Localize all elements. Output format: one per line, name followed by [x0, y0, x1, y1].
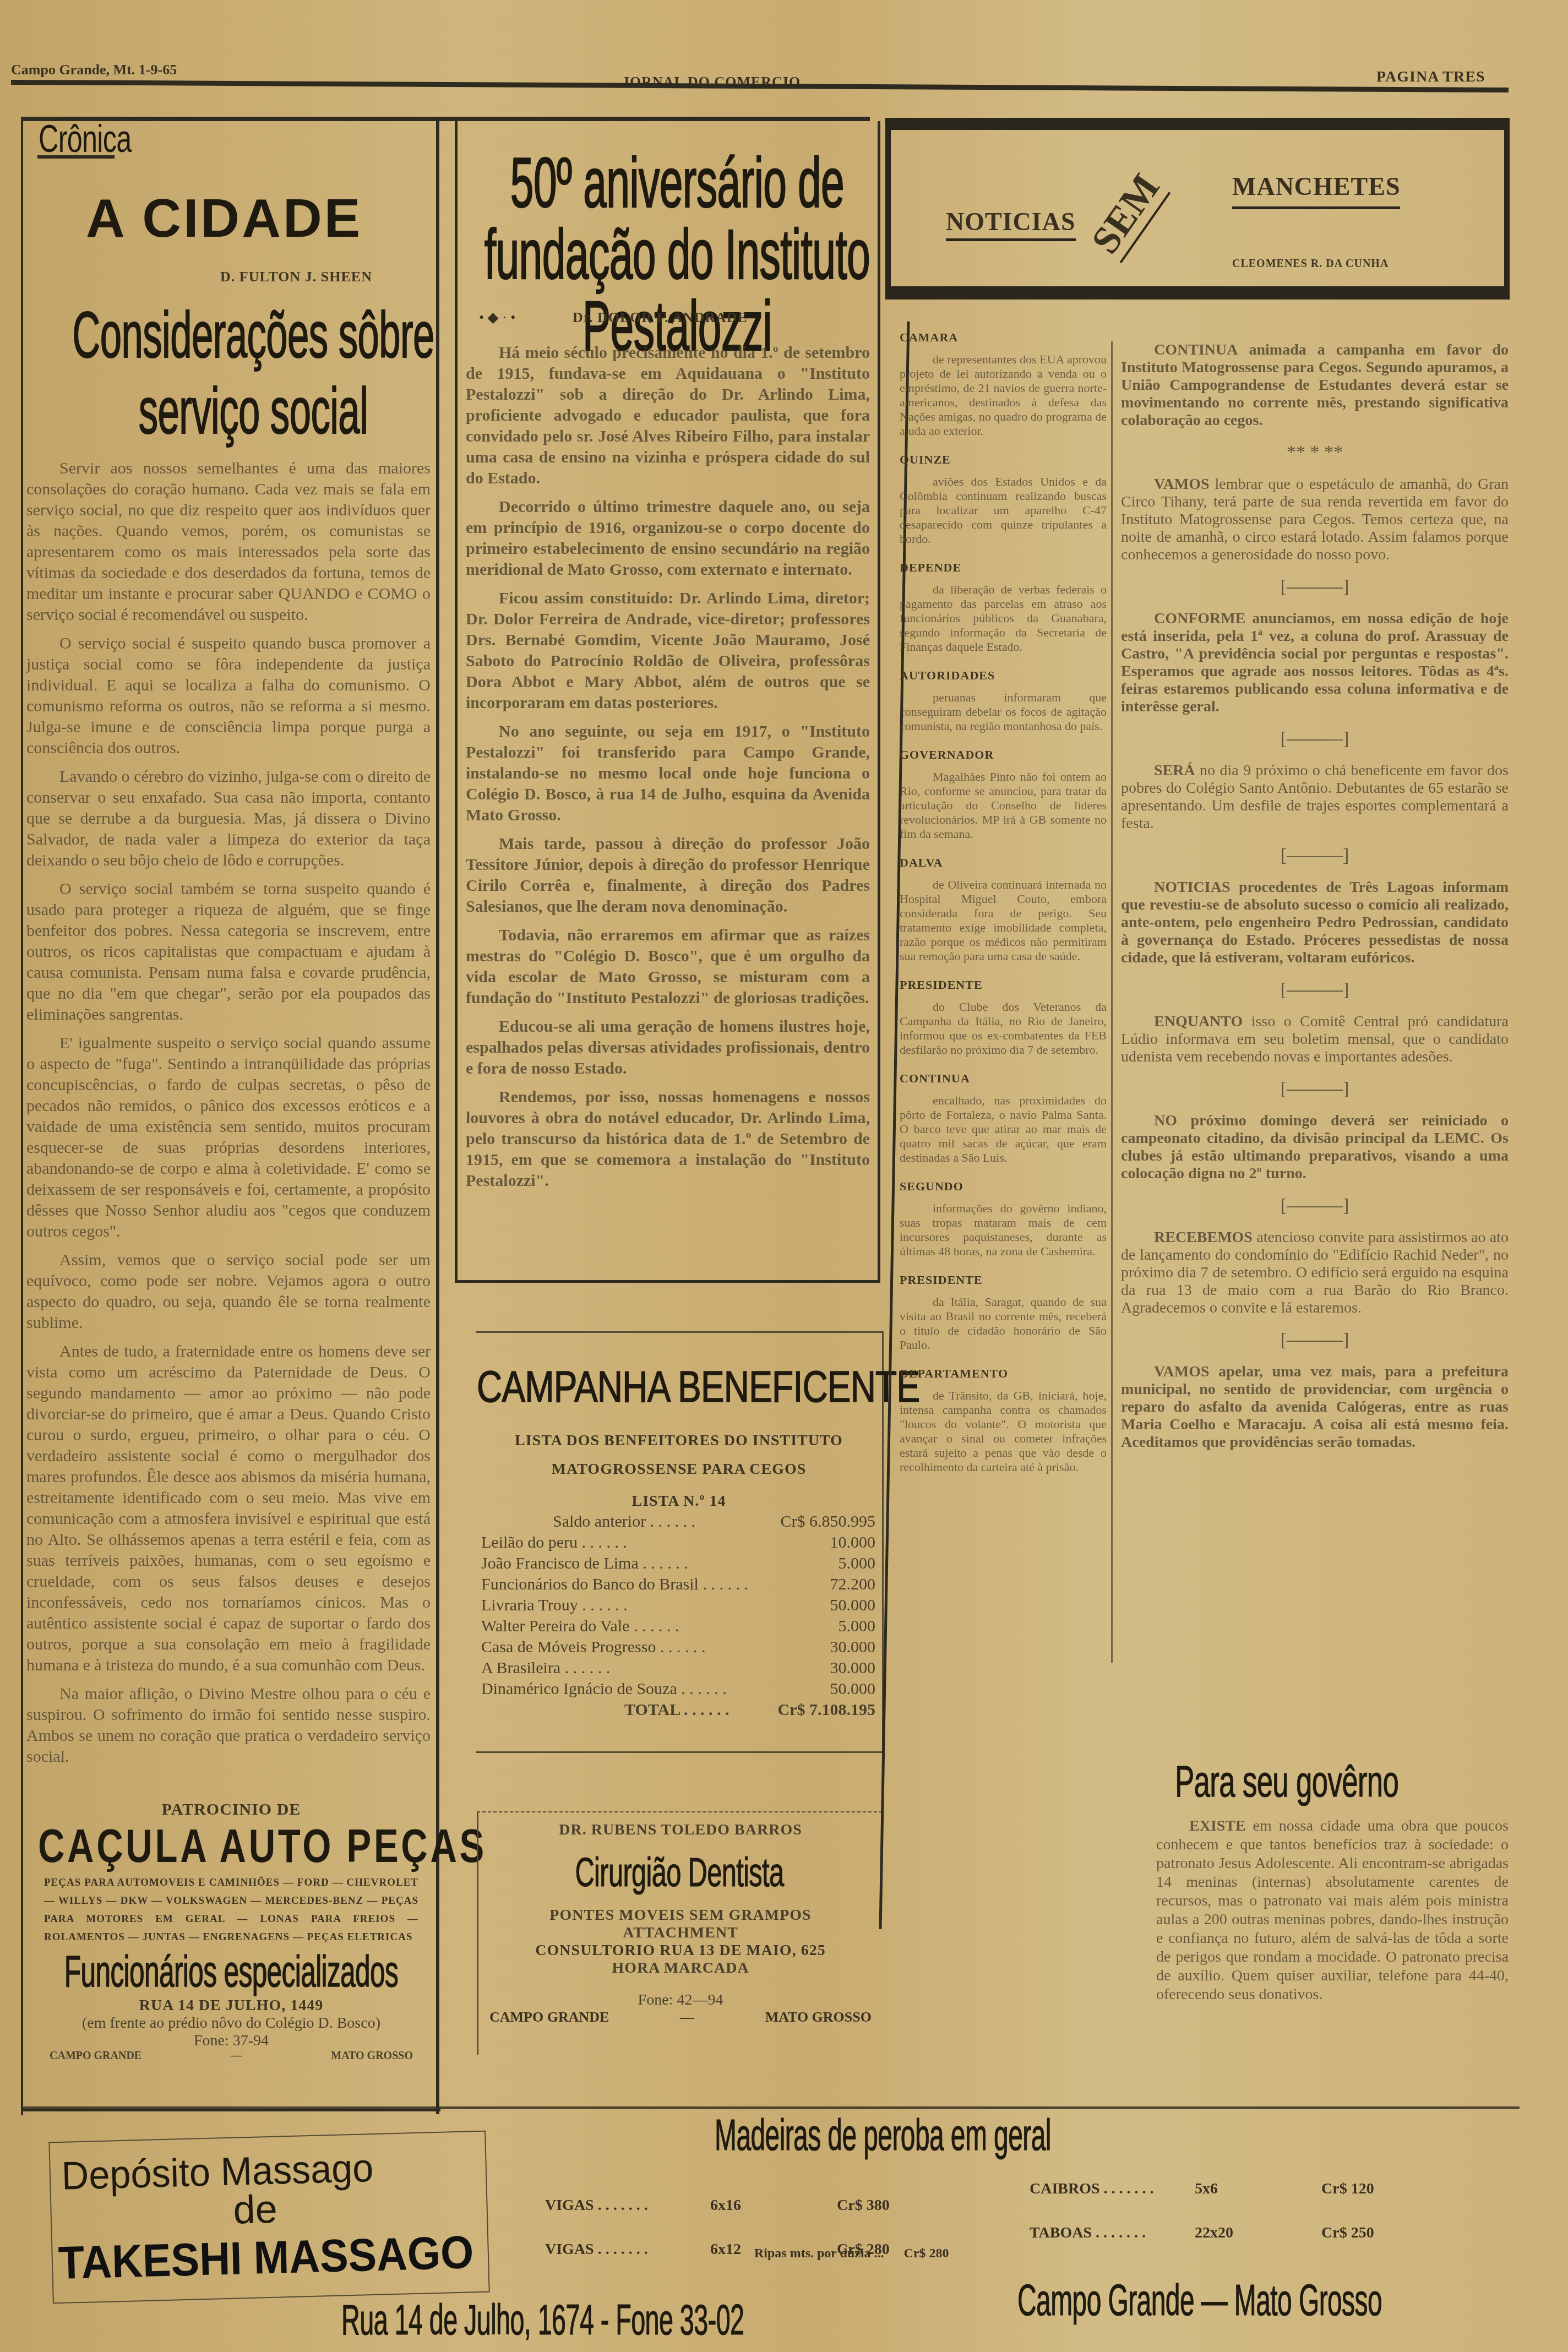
price-size: 22x20: [1195, 2224, 1321, 2242]
page-label: PAGINA TRES: [1376, 68, 1485, 86]
cronica-paragraph: Antes de tudo, a fraternidade entre os h…: [26, 1341, 431, 1676]
brief-kicker: GOVERNADOR: [900, 748, 1107, 762]
cacula-state: MATO GROSSO: [331, 2050, 413, 2062]
donor-total-row: TOTAL . . . . . .Cr$ 7.108.195: [481, 1700, 875, 1721]
price-item: TABOAS . . . . . . .: [1030, 2224, 1195, 2242]
news-item: CONTINUA animada a campanha em favor do …: [1121, 341, 1509, 429]
news-brief: PRESIDENTEda Itália, Saragat, quando de …: [900, 1273, 1107, 1352]
donor-name: Dinamérico Ignácio de Souza . . . . . .: [481, 1679, 770, 1700]
ripas-row: Ripas mts. por dúzia ... Cr$ 280: [754, 2246, 949, 2261]
donor-value: 30.000: [770, 1637, 875, 1658]
massago-address: Rua 14 de Julho, 1674 - Fone 33-02: [341, 2295, 744, 2345]
brief-text: do Clube dos Veteranos da Campanha da It…: [900, 1000, 1107, 1057]
noticias-byline: CLEOMENES R. DA CUNHA: [1232, 258, 1389, 270]
donor-total-label: TOTAL . . . . . .: [481, 1700, 770, 1721]
pestalozzi-paragraph: Rendemos, por isso, nossas homenagens e …: [466, 1087, 870, 1191]
item-separator: [———]: [1121, 1331, 1509, 1349]
donor-row: Livraria Trouy . . . . . .50.000: [481, 1595, 875, 1616]
item-separator: [———]: [1121, 981, 1509, 999]
price-value: Cr$ 120: [1321, 2180, 1374, 2197]
donor-total-value: Cr$ 7.108.195: [770, 1700, 875, 1721]
item-separator: [———]: [1121, 1080, 1509, 1098]
cacula-city: CAMPO GRANDE: [50, 2050, 141, 2062]
cronica-headline: Considerações sôbre serviço social: [72, 297, 435, 449]
news-brief: CONTINUAencalhado, nas proximidades do p…: [900, 1071, 1107, 1165]
donor-value: 30.000: [770, 1658, 875, 1679]
brief-text: aviões dos Estados Unidos e da Colômbia …: [900, 475, 1107, 546]
brief-text: de representantes dos EUA aprovou projet…: [900, 352, 1107, 438]
donor-row: Dinamérico Ignácio de Souza . . . . . .5…: [481, 1679, 875, 1700]
donor-value: 5.000: [770, 1616, 875, 1637]
donor-name: Funcionários do Banco do Brasil . . . . …: [481, 1574, 770, 1595]
brief-kicker: CONTINUA: [900, 1071, 1107, 1086]
news-brief: GOVERNADORMagalhães Pinto não foi ontem …: [900, 748, 1107, 841]
pestalozzi-paragraph: Ficou assim constituído: Dr. Arlindo Lim…: [466, 588, 870, 714]
brief-kicker: DEPARTAMENTO: [900, 1366, 1107, 1381]
donor-row: João Francisco de Lima . . . . . .5.000: [481, 1553, 875, 1574]
dentista-line-2: ATTACHMENT: [478, 1924, 883, 1942]
section-underline: [37, 155, 115, 159]
dentista-line-4: HORA MARCADA: [478, 1959, 883, 1977]
pestalozzi-paragraph: Educou-se ali uma geração de homens ilus…: [466, 1016, 870, 1079]
news-brief: PRESIDENTEdo Clube dos Veteranos da Camp…: [900, 978, 1107, 1057]
donor-value: 50.000: [770, 1679, 875, 1700]
news-brief: AUTORIDADESperuanas informaram que conse…: [900, 668, 1107, 733]
noticias-title-left: NOTICIAS: [946, 207, 1076, 241]
cacula-name: CAÇULA AUTO PEÇAS: [38, 1819, 424, 1874]
col2-right-border: [878, 121, 880, 1283]
item-lead: SERÁ: [1154, 762, 1195, 779]
donor-name: João Francisco de Lima . . . . . .: [481, 1553, 770, 1574]
section-label: Crônica: [39, 117, 132, 161]
donor-value: 50.000: [770, 1595, 875, 1616]
col1-right-border: [436, 121, 439, 2114]
massago-box: Depósito Massago de TAKESHI MASSAGO: [48, 2131, 489, 2304]
item-separator: [———]: [1121, 847, 1509, 864]
massago-line-3: TAKESHI MASSAGO: [58, 2225, 475, 2290]
price-list: VIGAS . . . . . . .6x16Cr$ 380VIGAS . . …: [545, 2169, 1503, 2279]
brief-kicker: PRESIDENTE: [900, 978, 1107, 992]
brief-kicker: DEPENDE: [900, 560, 1107, 575]
donor-value: 5.000: [770, 1553, 875, 1574]
item-lead: VAMOS: [1154, 1363, 1210, 1380]
pestalozzi-paragraph: Todavia, não erraremos em afirmar que as…: [466, 925, 870, 1009]
news-item: RECEBEMOS atencioso convite para assisti…: [1121, 1229, 1509, 1317]
campanha-subtitle-2: MATOGROSSENSE PARA CEGOS: [476, 1461, 882, 1478]
ripas-label: Ripas mts. por dúzia: [754, 2246, 871, 2261]
news-item: NOTICIAS procedentes de Três Lagoas info…: [1121, 879, 1509, 967]
dateline: Campo Grande, Mt. 1-9-65: [11, 62, 177, 78]
cacula-address: RUA 14 DE JULHO, 1449: [28, 1997, 435, 2015]
dentista-phone: Fone: 42—94: [478, 1991, 883, 2009]
brief-kicker: SEGUNDO: [900, 1179, 1107, 1194]
brief-kicker: CAMARA: [900, 330, 1107, 345]
item-lead: NOTICIAS: [1154, 879, 1230, 896]
psg-lead: EXISTE: [1189, 1817, 1246, 1834]
news-brief: SEGUNDOinformações do govêrno indiano, s…: [900, 1179, 1107, 1259]
news-item: NO próximo domingo deverá ser reiniciado…: [1121, 1112, 1509, 1183]
dentista-dash: —: [680, 2009, 694, 2026]
cronica-title: A CIDADE: [86, 187, 362, 249]
news-item: VAMOS apelar, uma vez mais, para a prefe…: [1121, 1363, 1509, 1451]
briefs-column: CAMARAde representantes dos EUA aprovou …: [900, 330, 1107, 2070]
brief-text: da Itália, Saragat, quando de sua visita…: [900, 1295, 1107, 1352]
pestalozzi-paragraph: Decorrido o último trimestre daquele ano…: [466, 497, 870, 580]
item-lead: NO: [1154, 1112, 1177, 1129]
brief-text: de Oliveira continuará internada no Hosp…: [900, 878, 1107, 963]
col2-left-border: [455, 121, 458, 1283]
dentista-ad: DR. RUBENS TOLEDO BARROS Cirurgião Denti…: [477, 1811, 883, 2055]
news-brief: CAMARAde representantes dos EUA aprovou …: [900, 330, 1107, 438]
cronica-paragraph: Na maior aflição, o Divino Mestre olhou …: [26, 1684, 431, 1767]
cronica-paragraph: Servir aos nossos semelhantes é uma das …: [26, 458, 431, 625]
brief-text: de Trânsito, da GB, iniciará, hoje, inte…: [900, 1389, 1107, 1474]
psg-body: EXISTE em nossa cidade uma obra que pouc…: [1156, 1817, 1509, 2037]
news-item: CONFORME anunciamos, em nossa edição de …: [1121, 610, 1509, 716]
price-value: Cr$ 380: [837, 2197, 890, 2214]
psg-title: Para seu govêrno: [1175, 1756, 1398, 1807]
brief-kicker: PRESIDENTE: [900, 1273, 1107, 1287]
donor-row: A Brasileira . . . . . .30.000: [481, 1658, 875, 1679]
donor-table: Saldo anterior . . . . . .Cr$ 6.850.995L…: [481, 1511, 875, 1721]
price-row: TABOAS . . . . . . .22x20Cr$ 250: [1030, 2224, 1374, 2242]
cronica-paragraph: Assim, vemos que o serviço social pode s…: [26, 1250, 431, 1333]
donor-value: 72.200: [770, 1574, 875, 1595]
item-lead: ENQUANTO: [1154, 1013, 1243, 1030]
ripas-price: Cr$ 280: [904, 2246, 949, 2261]
pestalozzi-paragraph: Há meio século precisamente no dia 1.º d…: [466, 342, 870, 489]
pestalozzi-byline: Dr. DOLOR F. ANDRADE: [573, 309, 748, 326]
donor-row: Casa de Móveis Progresso . . . . . .30.0…: [481, 1637, 875, 1658]
pestalozzi-body: Há meio século precisamente no dia 1.º d…: [466, 342, 870, 1273]
item-lead: CONFORME: [1154, 610, 1245, 627]
donor-value: 10.000: [770, 1532, 875, 1553]
briefs-right-rule: [1111, 341, 1113, 1663]
cronica-paragraph: O serviço social é suspeito quando busca…: [26, 633, 431, 759]
item-text: próximo domingo deverá ser reiniciado o …: [1121, 1112, 1509, 1182]
price-size: 5x6: [1195, 2180, 1321, 2198]
dentista-line-1: PONTES MOVEIS SEM GRAMPOS: [478, 1907, 883, 1924]
item-separator: ** * **: [1121, 444, 1509, 461]
donor-row: Funcionários do Banco do Brasil . . . . …: [481, 1574, 875, 1595]
price-item: CAIBROS . . . . . . .: [1030, 2180, 1195, 2198]
news-brief: DEPENDEda liberação de verbas federais o…: [900, 560, 1107, 654]
donor-name: Casa de Móveis Progresso . . . . . .: [481, 1637, 770, 1658]
donor-name: A Brasileira . . . . . .: [481, 1658, 770, 1679]
donor-name: Walter Pereira do Vale . . . . . .: [481, 1616, 770, 1637]
cronica-body: Servir aos nossos semelhantes é uma das …: [26, 458, 431, 1779]
dentista-line-3: CONSULTORIO RUA 13 DE MAIO, 625: [478, 1942, 883, 1959]
item-lead: CONTINUA: [1154, 341, 1238, 358]
cacula-dash: —: [231, 2050, 242, 2062]
cronica-paragraph: Lavando o cérebro do vizinho, julga-se c…: [26, 766, 431, 871]
item-lead: VAMOS: [1154, 476, 1210, 493]
col2-bottom-border: [455, 1280, 880, 1283]
dentista-title: Cirurgião Dentista: [478, 1849, 881, 1896]
psg-text: em nossa cidade uma obra que poucos conh…: [1156, 1817, 1509, 2003]
donor-value: Cr$ 6.850.995: [770, 1511, 875, 1532]
price-row: VIGAS . . . . . . .6x16Cr$ 380: [545, 2197, 890, 2214]
price-item: VIGAS . . . . . . .: [545, 2197, 710, 2214]
byline-ornament: • ◆ · •: [479, 309, 515, 326]
cacula-sponsor: PATROCINIO DE: [28, 1800, 435, 1819]
pestalozzi-headline: 50º aniversário de fundação do Instituto…: [482, 148, 872, 362]
cacula-ad: PATROCINIO DE CAÇULA AUTO PEÇAS PEÇAS PA…: [28, 1800, 435, 2062]
price-value: Cr$ 250: [1321, 2224, 1374, 2241]
items-column: CONTINUA animada a campanha em favor do …: [1121, 341, 1509, 1685]
cronica-byline: D. FULTON J. SHEEN: [220, 269, 372, 285]
news-item: VAMOS lembrar que o espetáculo de amanhã…: [1121, 476, 1509, 564]
price-item: VIGAS . . . . . . .: [545, 2241, 710, 2258]
brief-text: informações do govêrno indiano, suas tro…: [900, 1201, 1107, 1259]
cacula-reference: (em frente ao prédio nôvo do Colégio D. …: [28, 2015, 435, 2032]
news-brief: DEPARTAMENTOde Trânsito, da GB, iniciará…: [900, 1366, 1107, 1474]
bottom-rule: [22, 2106, 1520, 2109]
pestalozzi-paragraph: No ano seguinte, ou seja em 1917, o "Ins…: [466, 721, 870, 826]
news-item: SERÁ no dia 9 próximo o chá beneficente …: [1121, 762, 1509, 832]
top-rule: [22, 117, 870, 121]
noticias-title-mid: SEM: [1082, 166, 1171, 264]
news-item: ENQUANTO isso o Comitê Central pró candi…: [1121, 1013, 1509, 1066]
cronica-paragraph: E' igualmente suspeito o serviço social …: [26, 1033, 431, 1242]
donor-row: Walter Pereira do Vale . . . . . .5.000: [481, 1616, 875, 1637]
donor-row: Leilão do peru . . . . . .10.000: [481, 1532, 875, 1553]
brief-kicker: QUINZE: [900, 453, 1107, 467]
campanha-list-label: LISTA N.º 14: [476, 1493, 882, 1510]
donor-name: Leilão do peru . . . . . .: [481, 1532, 770, 1553]
donor-name: Livraria Trouy . . . . . .: [481, 1595, 770, 1616]
noticias-header-box: NOTICIAS SEM MANCHETES CLEOMENES R. DA C…: [885, 118, 1510, 300]
price-row: CAIBROS . . . . . . .5x6Cr$ 120: [1030, 2180, 1374, 2198]
dentista-city: CAMPO GRANDE: [489, 2009, 609, 2026]
cacula-tagline: Funcionários especializados: [30, 1946, 433, 1997]
brief-text: peruanas informaram que conseguiram debe…: [900, 690, 1107, 733]
item-separator: [———]: [1121, 578, 1509, 596]
dentista-state: MATO GROSSO: [765, 2009, 872, 2026]
col1-left-border: [21, 117, 23, 2115]
brief-text: da liberação de verbas federais o pagame…: [900, 582, 1107, 654]
pestalozzi-paragraph: Mais tarde, passou à direção do professo…: [466, 834, 870, 917]
donor-row: Saldo anterior . . . . . .Cr$ 6.850.995: [481, 1511, 875, 1532]
campanha-title: CAMPANHA BENEFICENTE: [477, 1362, 882, 1412]
massago-line-2: de: [216, 2186, 295, 2234]
cronica-paragraph: O serviço social também se torna suspeit…: [26, 879, 431, 1025]
campanha-subtitle-1: LISTA DOS BENFEITORES DO INSTITUTO: [476, 1432, 882, 1450]
dentista-doctor: DR. RUBENS TOLEDO BARROS: [478, 1821, 883, 1839]
item-lead: RECEBEMOS: [1154, 1229, 1253, 1246]
noticias-title-right: MANCHETES: [1232, 172, 1400, 209]
news-brief: QUINZEaviões dos Estados Unidos e da Col…: [900, 453, 1107, 546]
campanha-box: CAMPANHA BENEFICENTE LISTA DOS BENFEITOR…: [476, 1331, 884, 1753]
brief-text: Magalhães Pinto não foi ontem ao Rio, co…: [900, 770, 1107, 841]
massago-headline: Madeiras de peroba em geral: [715, 2110, 1051, 2160]
news-brief: DALVAde Oliveira continuará internada no…: [900, 856, 1107, 963]
brief-kicker: DALVA: [900, 856, 1107, 870]
item-separator: [———]: [1121, 730, 1509, 748]
donor-name: Saldo anterior . . . . . .: [481, 1511, 770, 1532]
cacula-description: PEÇAS PARA AUTOMOVEIS E CAMINHÕES — FORD…: [28, 1874, 435, 1946]
brief-text: encalhado, nas proximidades do pôrto de …: [900, 1093, 1107, 1165]
brief-kicker: AUTORIDADES: [900, 668, 1107, 683]
massago-city: Campo Grande — Mato Grosso: [1017, 2275, 1382, 2326]
price-size: 6x16: [710, 2197, 837, 2214]
item-separator: [———]: [1121, 1197, 1509, 1215]
cacula-phone: Fone: 37-94: [28, 2032, 435, 2050]
